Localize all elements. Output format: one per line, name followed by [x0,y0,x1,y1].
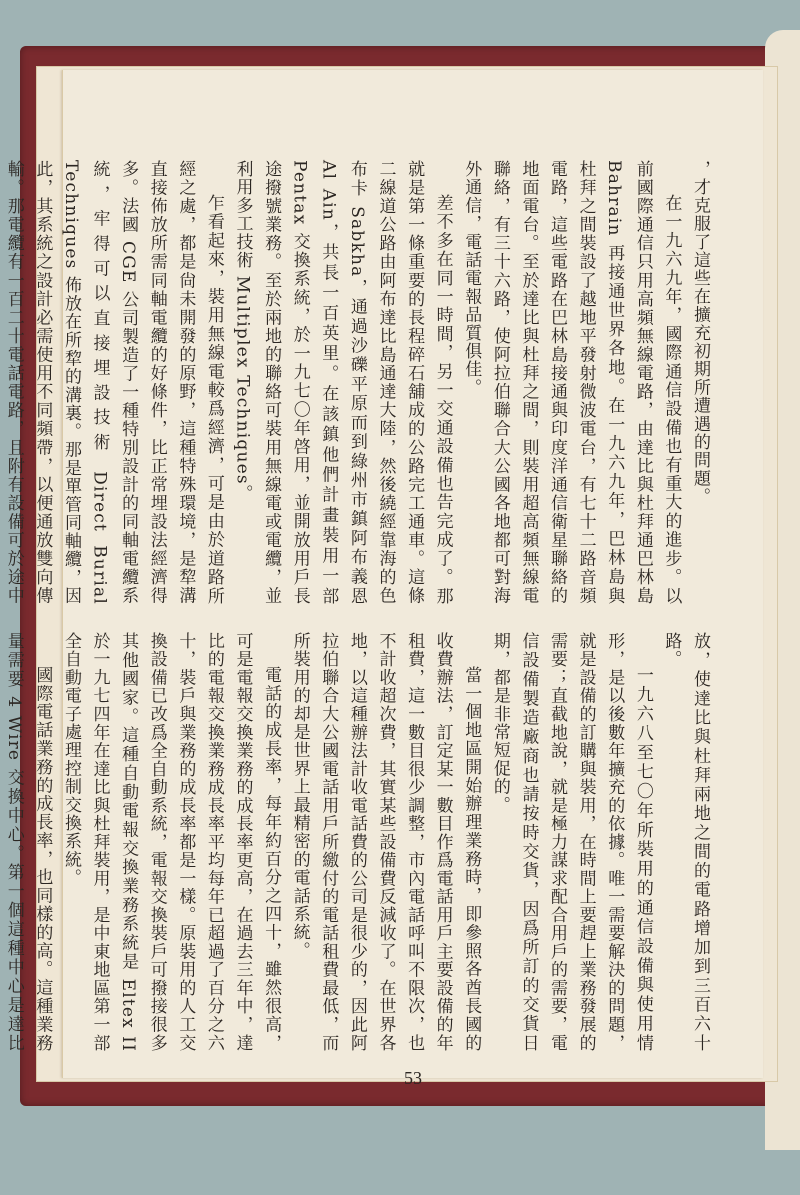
page-number: 53 [404,1068,422,1089]
text-tier-upper: ，才克服了這些在擴充初期所遭遇的問題。 在一九六九年，國際通信設備也有重大的進步… [144,160,714,605]
paragraph: 在一九六九年，國際通信設備也有重大的進步。以前國際通信只用高頻無線電路，由達比與… [457,160,686,605]
paragraph: 放，使達比與杜拜兩地之間的電路增加到三百六十路。 [657,632,714,1052]
paragraph: 差不多在同一時間，另一交通設備也告完成了。那就是第一條重要的長程碎石舖成的公路完… [228,160,457,605]
paragraph: 一九六八至七〇年所裝用的通信設備與使用情形，是以後數年擴充的依據。唯一需要解決的… [485,632,657,1052]
paragraph: 國際電話業務的成長率，也同樣的高。這種業務量需要 4 Wire 交換中心。第一個… [0,632,56,1052]
text-tier-lower: 放，使達比與杜拜兩地之間的電路增加到三百六十路。 一九六八至七〇年所裝用的通信設… [144,632,714,1052]
paragraph: 乍看起來，裝用無線電較爲經濟，可是由於道路所經之處，都是尙未開發的原野，這種特殊… [0,160,228,605]
paragraph: 電話的成長率，每年約百分之四十，雖然很高，可是電報交換業務的成長率更高，在過去三… [56,632,285,1052]
paragraph: 當一個地區開始辦理業務時，即參照各酋長國的收費辦法，訂定某一數目作爲電話用戶主要… [285,632,485,1052]
paragraph: ，才克服了這些在擴充初期所遭遇的問題。 [685,160,714,605]
